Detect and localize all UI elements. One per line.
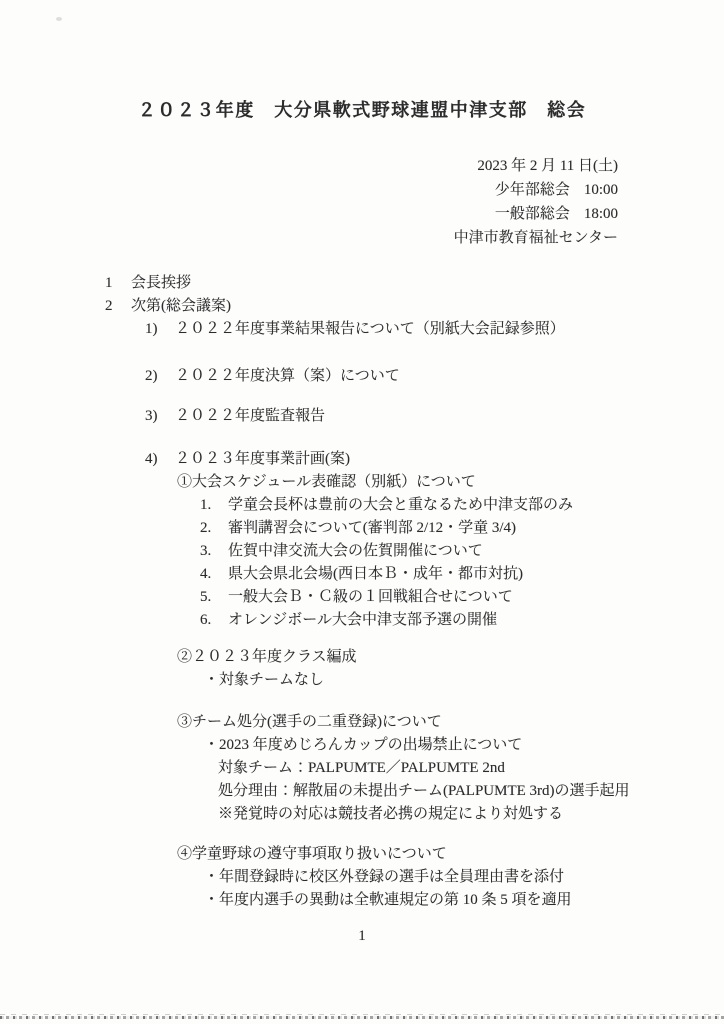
item-text: 佐賀中津交流大会の佐賀開催について [228,543,483,559]
penalty-target-teams: 対象チーム：PALPUMTE／PALPUMTE 2nd [0,757,724,780]
item-text: 県大会県北会場(西日本Ｂ・成年・都市対抗) [228,566,523,582]
section-schedule-heading: ①大会スケジュール表確認（別紙）について [0,471,724,494]
penalty-bullet-item: ・2023 年度めじろんカップの出場禁止について [0,734,724,757]
schedule-item: 6.オレンジボール大会中津支部予選の開催 [0,609,724,632]
meeting-session-general: 一般部総会18:00 [0,202,618,226]
item-number: 3. [200,540,228,563]
compliance-bullet-item: ・年間登録時に校区外登録の選手は全員理由書を添付 [0,866,724,889]
session-time: 10:00 [584,178,618,202]
meeting-venue: 中津市教育福祉センター [0,226,618,250]
item-text: 会長挨拶 [131,275,191,291]
item-text: ２０２２年度決算（案）について [175,368,400,384]
agenda-list: 1会長挨拶 2次第(総会議案) 1)２０２２年度事業結果報告について（別紙大会記… [0,272,724,912]
section-class-heading: ②２０２３年度クラス編成 [0,646,724,669]
session-label: 一般部総会 [495,206,570,222]
schedule-item: 4.県大会県北会場(西日本Ｂ・成年・都市対抗) [0,563,724,586]
item-text: ２０２２年度監査報告 [175,408,325,424]
item-number: 5. [200,586,228,609]
item-number: 1) [145,318,175,341]
item-text: 次第(総会議案) [131,298,231,314]
agenda-subitem-business-plan: 4)２０２３年度事業計画(案) [0,448,724,471]
section-compliance-heading: ④学童野球の遵守事項取り扱いについて [0,843,724,866]
document-title: ２０２３年度 大分県軟式野球連盟中津支部 総会 [0,0,724,123]
item-number: 2 [105,295,131,318]
item-number: 3) [145,405,175,428]
compliance-bullet-item: ・年度内選手の異動は全軟連規定の第 10 条 5 項を適用 [0,889,724,912]
scanned-document-page: ２０２３年度 大分県軟式野球連盟中津支部 総会 2023 年 2 月 11 日(… [0,0,724,1024]
page-number: 1 [0,928,724,945]
agenda-subitem-settlement: 2)２０２２年度決算（案）について [0,365,724,388]
item-number: 1. [200,494,228,517]
schedule-item: 2.審判講習会について(審判部 2/12・学童 3/4) [0,517,724,540]
item-text: ２０２２年度事業結果報告について（別紙大会記録参照） [175,321,565,337]
agenda-item-proceedings: 2次第(総会議案) [0,295,724,318]
item-text: 審判講習会について(審判部 2/12・学童 3/4) [228,520,516,536]
penalty-reason: 処分理由：解散届の未提出チーム(PALPUMTE 3rd)の選手起用 [0,780,724,803]
agenda-subitem-audit-report: 3)２０２２年度監査報告 [0,405,724,428]
item-number: 4. [200,563,228,586]
schedule-item: 3.佐賀中津交流大会の佐賀開催について [0,540,724,563]
item-text: 一般大会Ｂ・Ｃ級の１回戦組合せについて [228,589,513,605]
section-penalty-heading: ③チーム処分(選手の二重登録)について [0,711,724,734]
item-text: オレンジボール大会中津支部予選の開催 [228,612,497,628]
meeting-info-block: 2023 年 2 月 11 日(土) 少年部総会10:00 一般部総会18:00… [0,154,724,250]
scan-speck-artifact [56,17,62,21]
item-number: 6. [200,609,228,632]
penalty-note: ※発覚時の対応は競技者必携の規定により対処する [0,803,724,826]
schedule-item: 5.一般大会Ｂ・Ｃ級の１回戦組合せについて [0,586,724,609]
scanner-edge-artifact-faint [0,1014,724,1015]
scanner-edge-artifact [0,1016,724,1019]
item-number: 2) [145,365,175,388]
session-time: 18:00 [584,202,618,226]
item-text: 学童会長杯は豊前の大会と重なるため中津支部のみ [228,497,573,513]
item-text: ２０２３年度事業計画(案) [175,451,350,467]
class-bullet-item: ・対象チームなし [0,669,724,692]
item-number: 4) [145,448,175,471]
meeting-session-junior: 少年部総会10:00 [0,178,618,202]
item-number: 1 [105,272,131,295]
agenda-item-greeting: 1会長挨拶 [0,272,724,295]
agenda-subitem-business-report: 1)２０２２年度事業結果報告について（別紙大会記録参照） [0,318,724,341]
schedule-item: 1.学童会長杯は豊前の大会と重なるため中津支部のみ [0,494,724,517]
meeting-date: 2023 年 2 月 11 日(土) [0,154,618,178]
session-label: 少年部総会 [495,182,570,198]
item-number: 2. [200,517,228,540]
